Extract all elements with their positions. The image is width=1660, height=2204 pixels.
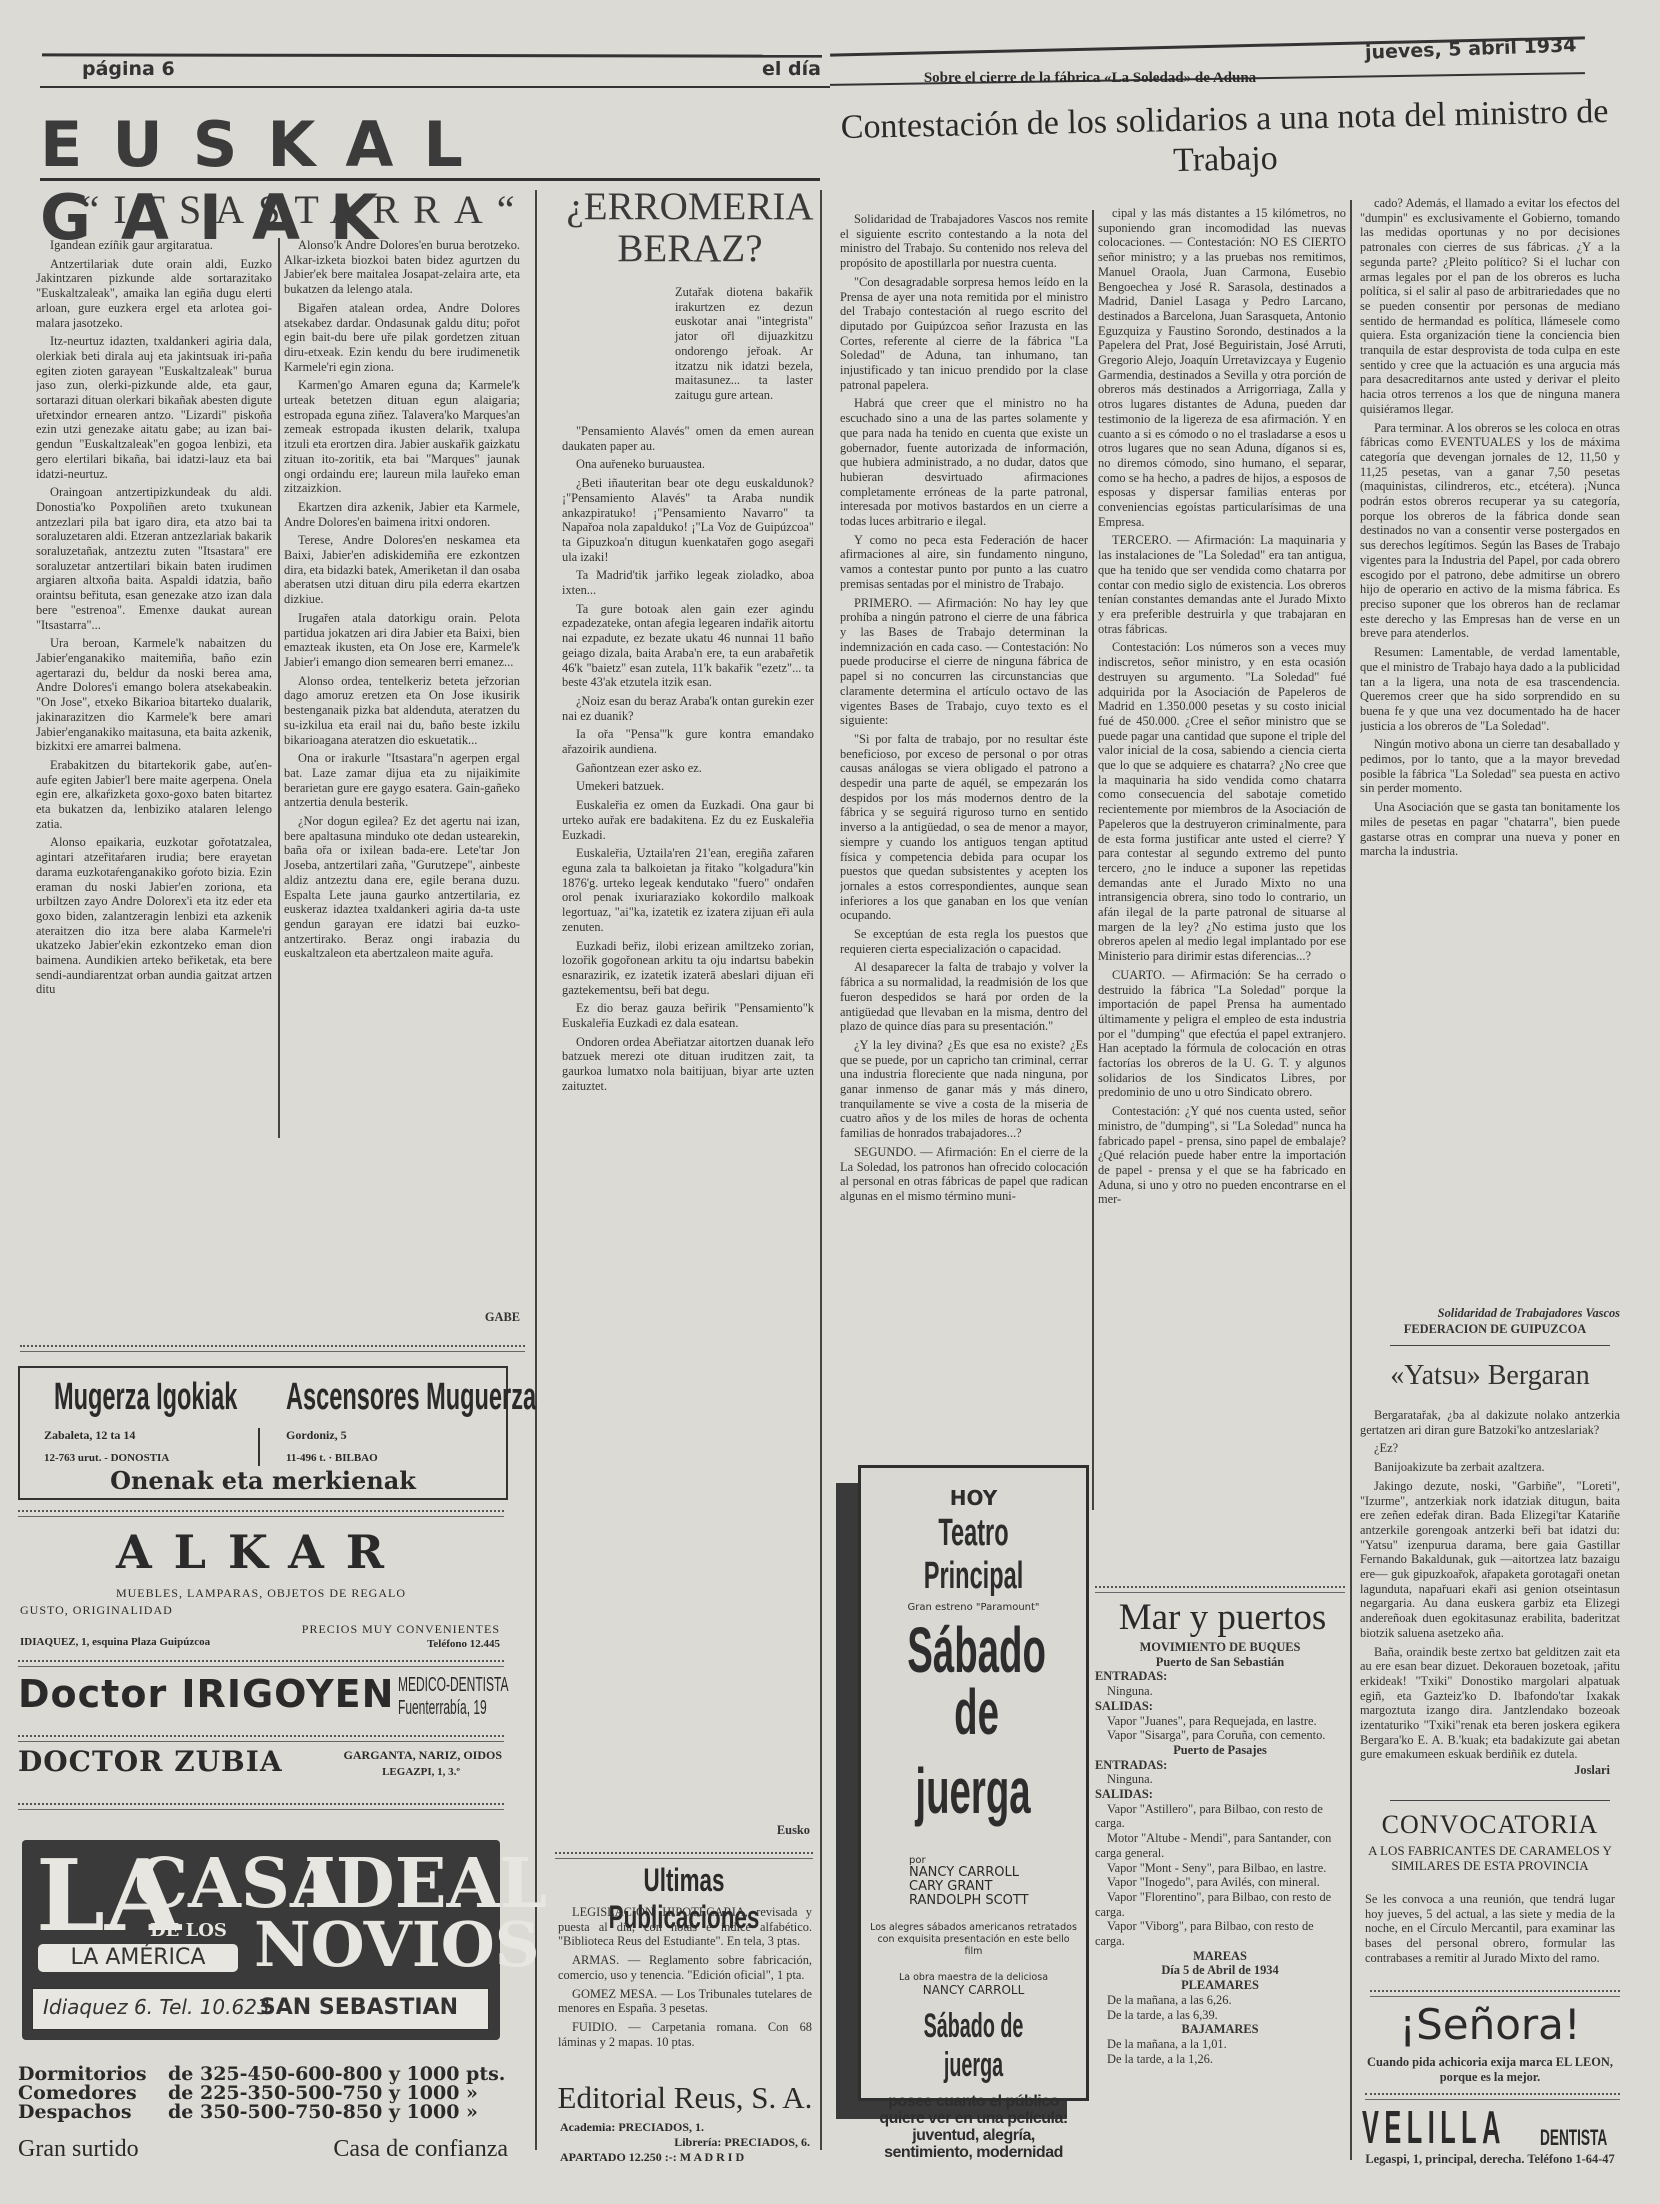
page-number: página 6	[82, 58, 175, 80]
paragraph: Ez dio beraz gauza beřirik "Pensamiento"…	[562, 1001, 814, 1030]
yatsu-signature: Joslari	[1500, 1763, 1610, 1778]
paragraph: Ta Madrid'tik jarřiko legeak zioladko, a…	[562, 568, 814, 597]
teatro-estreno: Gran estreno "Paramount"	[861, 1602, 1086, 1613]
teatro-hoy: HOY	[861, 1486, 1086, 1510]
mugerza-slogan: Onenak eta merkienak	[20, 1466, 506, 1495]
paragraph: SEGUNDO. — Afirmación: En el cierre de l…	[840, 1145, 1088, 1204]
paragraph: Euzkadi beřiz, ilobi erizean amiltzeko z…	[562, 939, 814, 998]
paragraph: "Si por falta de trabajo, por no resulta…	[840, 732, 1088, 923]
ornament-rule	[18, 1803, 504, 1810]
publisher-academia: Academia: PRECIADOS, 1.	[560, 2120, 810, 2135]
teatro-tagline: posee cuanto el público quiere ver en un…	[871, 2093, 1076, 2161]
teatro-star: NANCY CARROLL	[861, 1983, 1086, 1997]
mar-heading: Puerto de Pasajes	[1095, 1743, 1345, 1758]
paragraph: ¿Nor dogun egilea? Ez det agertu nai iza…	[284, 814, 520, 961]
paragraph: Erabakitzen du bitartekorik gabe, auťen-…	[36, 758, 272, 832]
yatsu-title: «Yatsu» Bergaran	[1360, 1360, 1620, 1392]
senora-text: Cuando pida achicoria exija marca EL LEO…	[1365, 2055, 1615, 2084]
paper-name: el día	[762, 58, 821, 80]
paragraph: Ekartzen dira azkenik, Jabier eta Karmel…	[284, 500, 520, 529]
ornament-rule	[1370, 1990, 1620, 1997]
mar-entry: Vapor "Inogedo", para Avilés, con minera…	[1095, 1875, 1345, 1890]
mar-entry: Ninguna.	[1095, 1772, 1345, 1787]
paragraph: Oraingoan antzertipizkundeak du aldi. Do…	[36, 485, 272, 632]
paragraph: Baña, oraindik beste zertxo bat gelditze…	[1360, 1645, 1620, 1763]
mar-heading: MAREAS	[1095, 1949, 1345, 1964]
paragraph: Habrá que creer que el ministro no ha es…	[840, 396, 1088, 528]
velilla-specialty-wrap: DENTISTA	[1540, 2125, 1648, 2151]
mar-heading: Día 5 de Abril de 1934	[1095, 1963, 1345, 1978]
ornament-rule	[1095, 1586, 1345, 1593]
teatro-obra: La obra maestra de la deliciosa	[861, 1972, 1086, 1983]
paragraph: Resumen: Lamentable, de verdad lamentabl…	[1360, 645, 1620, 733]
paragraph: Ona or irakurle "Itsastara"n agerpen erg…	[284, 751, 520, 810]
mar-entry: Vapor "Mont - Seny", para Bilbao, en las…	[1095, 1861, 1345, 1876]
paragraph: Solidaridad de Trabajadores Vascos nos r…	[840, 212, 1088, 271]
alkar-tagline: GUSTO, ORIGINALIDAD	[20, 1603, 173, 1618]
alkar-prices: PRECIOS MUY CONVENIENTES	[20, 1622, 500, 1637]
casa-footer-left: Gran surtido	[18, 2136, 139, 2163]
paragraph: Y como no peca esta Federación de hacer …	[840, 533, 1088, 592]
mugerza-left-title: Mugerza Igokiak	[54, 1376, 237, 1419]
column-divider	[820, 190, 822, 2150]
teatro-blurb: Los alegres sábados americanos retratado…	[869, 1922, 1078, 1958]
cast-member: RANDOLPH SCOTT	[909, 1894, 1086, 1908]
casa-novios: NOVIOS	[254, 1914, 539, 1976]
alkar-phone: Teléfono 12.445	[20, 1638, 500, 1650]
mugerza-right-title: Ascensores Muguerza	[286, 1376, 536, 1419]
casa-address-bar: Idiaquez 6. Tel. 10.623 SAN SEBASTIAN	[32, 1988, 489, 2030]
article-headline: Contestación de los solidarios a una not…	[829, 92, 1621, 189]
mar-heading: BAJAMARES	[1095, 2022, 1345, 2037]
zubia-specialty: GARGANTA, NARIZ, OIDOS	[300, 1748, 502, 1763]
paragraph: TERCERO. — Afirmación: La maquinaria y l…	[1098, 533, 1346, 636]
mar-entry: Ninguna.	[1095, 1684, 1345, 1699]
masthead-rule-bottom	[40, 86, 830, 88]
mar-heading: Puerto de San Sebastián	[1095, 1655, 1345, 1670]
publication-item: GOMEZ MESA. — Los Tribunales tutelares d…	[558, 1987, 812, 2016]
issue-date: jueves, 5 abril 1934	[1365, 34, 1577, 63]
mugerza-divider	[258, 1428, 260, 1466]
irigoyen-name: Doctor IRIGOYEN	[18, 1672, 394, 1716]
mar-entry: Motor "Altube - Mendi", para Santander, …	[1095, 1831, 1345, 1860]
paragraph: Alonso epaikaria, euzkotar gořotatzalea,…	[36, 835, 272, 997]
paragraph: ¿Ez?	[1360, 1441, 1620, 1456]
paragraph: PRIMERO. — Afirmación: No hay ley que pr…	[840, 596, 1088, 728]
ornament-rule	[1390, 1345, 1610, 1346]
publisher-libreria: Librería: PRECIADOS, 6.	[560, 2135, 810, 2150]
casa-footer-right: Casa de confianza	[250, 2136, 508, 2163]
convocatoria-title: CONVOCATORIA	[1360, 1810, 1620, 1840]
casa-price-list: Dormitoriosde 325-450-600-800 y 1000 pts…	[18, 2065, 508, 2122]
mar-label: SALIDAS:	[1095, 1787, 1345, 1802]
paragraph: Ondoren ordea Abeřiatzar aitortzen duana…	[562, 1035, 814, 1094]
paragraph: Al desaparecer la falta de trabajo y vol…	[840, 960, 1088, 1034]
publication-item: LEGISLACION HIPOTECARIA, revisada y pues…	[558, 1905, 812, 1949]
erromeria-body: "Pensamiento Alavés" omen da emen aurean…	[562, 424, 814, 1809]
article-signature-org: Solidaridad de Trabajadores Vascos	[1370, 1306, 1620, 1321]
paragraph: Contestación: Los números son a veces mu…	[1098, 640, 1346, 963]
paragraph: ¿Beti iñauteritan bear ote degu euskaldu…	[562, 476, 814, 564]
cast-member: CARY GRANT	[909, 1880, 1086, 1894]
publisher-name: Editorial Reus, S. A.	[555, 2080, 815, 2116]
publicaciones-list: LEGISLACION HIPOTECARIA, revisada y pues…	[558, 1905, 812, 2053]
casa-city: SAN SEBASTIAN	[260, 1995, 458, 2020]
paragraph: Banijoakizute ba zerbait azaltzera.	[1360, 1460, 1620, 1475]
paragraph: cado? Además, el llamado a evitar los ef…	[1360, 196, 1620, 417]
paragraph: Ura beroan, Karmele'k nabaitzen du Jabie…	[36, 636, 272, 754]
paragraph: Umekeri batzuek.	[562, 779, 814, 794]
paragraph: Ningún motivo abona un cierre tan desaba…	[1360, 737, 1620, 796]
paragraph: ¿Noiz esan du beraz Araba'k ontan gureki…	[562, 694, 814, 723]
zubia-name: DOCTOR ZUBIA	[18, 1745, 283, 1778]
paragraph: Igandean ezíñik gaur argitaratua.	[36, 238, 272, 253]
erromeria-signature: Eusko	[700, 1823, 810, 1838]
ornament-rule	[18, 1735, 504, 1742]
cast-member: NANCY CARROLL	[909, 1866, 1086, 1880]
mar-entry: Vapor "Juanes", para Requejada, en lastr…	[1095, 1714, 1345, 1729]
ornament-rule	[1390, 1800, 1610, 1801]
mar-label: ENTRADAS:	[1095, 1758, 1345, 1773]
column-divider	[1092, 210, 1094, 1510]
column-divider	[278, 238, 280, 1138]
paragraph: Una Asociación que se gasta tan bonitame…	[1360, 800, 1620, 859]
mar-entry: De la mañana, a las 6,26.	[1095, 1993, 1345, 2008]
mar-entry: Vapor "Astillero", para Bilbao, con rest…	[1095, 1802, 1345, 1831]
article-column-2: cipal y las más distantes a 15 kilómetro…	[1098, 206, 1346, 1546]
mar-entry: Vapor "Viborg", para Bilbao, con resto d…	[1095, 1919, 1345, 1948]
paragraph: Itz-neurtuz idazten, txaldankeri agiria …	[36, 334, 272, 481]
teatro-ad: HOY Teatro Principal Gran estreno "Param…	[858, 1465, 1089, 2101]
article-signature-federation: FEDERACION DE GUIPUZCOA	[1370, 1322, 1620, 1337]
mar-entry: Vapor "Sisarga", para Coruña, con cement…	[1095, 1728, 1345, 1743]
itsastarra-column-1: Igandean ezíñik gaur argitaratua.Antzert…	[36, 238, 272, 1138]
mugerza-ad: Mugerza Igokiak Ascensores Muguerza Zaba…	[18, 1366, 508, 1500]
paragraph: CUARTO. — Afirmación: Se ha cerrado o de…	[1098, 968, 1346, 1100]
irigoyen-address: Fuenterrabía, 19	[398, 1697, 487, 1720]
mugerza-left-tel: 12-763 urut. - DONOSTIA	[44, 1452, 169, 1464]
irigoyen-specialty: MEDICO-DENTISTA	[398, 1674, 508, 1697]
casa-america: LA AMÉRICA	[38, 1944, 238, 1972]
paragraph: cipal y las más distantes a 15 kilómetro…	[1098, 206, 1346, 529]
mar-entry: De la mañana, a la 1,01.	[1095, 2037, 1345, 2052]
film-title-line2: juerga	[916, 1760, 1031, 1822]
price-range: de 350-500-750-850 y 1000 »	[168, 2103, 478, 2122]
alkar-title: ALKAR	[18, 1525, 504, 1579]
section-rule	[40, 178, 820, 181]
mar-entry: Vapor "Florentino", para Bilbao, con res…	[1095, 1890, 1345, 1919]
velilla-specialty: DENTISTA	[1540, 2125, 1607, 2151]
paragraph: Gañontzean ezer asko ez.	[562, 761, 814, 776]
itsastarra-signature: GABE	[420, 1310, 520, 1325]
mugerza-left-addr: Zabaleta, 12 ta 14	[44, 1428, 135, 1443]
film-title-line1: Sábado de	[907, 1619, 1046, 1743]
paragraph: "Con desagradable sorpresa hemos leído e…	[840, 275, 1088, 393]
paragraph: "Pensamiento Alavés" omen da emen aurean…	[562, 424, 814, 453]
paragraph: Bigařen atalean ordea, Andre Dolores ats…	[284, 301, 520, 375]
paragraph: Alonso'k Andre Dolores'en burua berotzek…	[284, 238, 520, 297]
price-item: Despachos	[18, 2103, 168, 2122]
zubia-address: LEGAZPI, 1, 3.º	[300, 1766, 460, 1778]
ornament-rule	[18, 1510, 504, 1517]
column-divider	[1350, 200, 1352, 2160]
publication-item: FUIDIO. — Carpetania romana. Con 68 lámi…	[558, 2020, 812, 2049]
erromeria-intro: Zutařak diotena bakařik irakurtzen ez de…	[675, 285, 813, 403]
teatro-cast: NANCY CARROLLCARY GRANTRANDOLPH SCOTT	[909, 1866, 1086, 1908]
article-column-3: cado? Además, el llamado a evitar los ef…	[1360, 196, 1620, 1271]
paragraph: Ia ořa "Pensa"'k gure kontra emandako ař…	[562, 727, 814, 756]
paragraph: Karmen'go Amaren eguna da; Karmele'k urt…	[284, 378, 520, 496]
convocatoria-text: Se les convoca a una reunión, que tendrá…	[1365, 1892, 1615, 1966]
ornament-rule	[1365, 2093, 1620, 2100]
price-row: Despachosde 350-500-750-850 y 1000 »	[18, 2103, 508, 2122]
mar-entry: De la tarde, a las 6,39.	[1095, 2008, 1345, 2023]
paragraph: Jakingo dezute, noski, "Garbiñe", "Loret…	[1360, 1479, 1620, 1641]
paragraph: Contestación: ¿Y qué nos cuenta usted, s…	[1098, 1104, 1346, 1207]
paragraph: Euskaleřia, Uztaila'ren 21'ean, eregiña …	[562, 846, 814, 934]
ornament-rule	[20, 1345, 525, 1352]
paragraph: Ta gure botoak alen gain ezer agindu ezp…	[562, 602, 814, 690]
itsastarra-title: “ITSASTARRA“	[60, 186, 550, 233]
publication-item: ARMAS. — Reglamento sobre fabricación, c…	[558, 1953, 812, 1982]
velilla-name: VELILLA	[1362, 2100, 1506, 2154]
casa-address: Idiaquez 6. Tel. 10.623	[43, 1995, 270, 2019]
mar-label: SALIDAS:	[1095, 1699, 1345, 1714]
paragraph: Para terminar. A los obreros se les colo…	[1360, 421, 1620, 642]
mugerza-right-tel: 11-496 t. · BILBAO	[286, 1452, 378, 1464]
paragraph: Ona auřeneko buruaustea.	[562, 457, 814, 472]
alkar-products: MUEBLES, LAMPARAS, OBJETOS DE REGALO	[18, 1586, 504, 1601]
paragraph: Irugařen atala datorkigu orain. Pelota p…	[284, 611, 520, 670]
mugerza-right-addr: Gordoniz, 5	[286, 1428, 347, 1443]
mar-body: MOVIMIENTO DE BUQUESPuerto de San Sebast…	[1095, 1640, 1345, 2066]
ornament-rule	[18, 1660, 504, 1667]
article-column-1: Solidaridad de Trabajadores Vascos nos r…	[840, 212, 1088, 1457]
yatsu-body: Bergaratařak, ¿ba al dakizute nolako ant…	[1360, 1408, 1620, 1763]
mar-entry: De la tarde, a la 1,26.	[1095, 2052, 1345, 2067]
erromeria-title: ¿ERROMERIA BERAZ?	[560, 186, 820, 270]
paragraph: Se exceptúan de esta regla los puestos q…	[840, 927, 1088, 956]
teatro-venue: Teatro Principal	[904, 1512, 1044, 1598]
paragraph: Terese, Andre Dolores'en neskamea eta Ba…	[284, 533, 520, 607]
paragraph: Bergaratařak, ¿ba al dakizute nolako ant…	[1360, 1408, 1620, 1437]
casa-delos: DE LOS	[150, 1920, 227, 1941]
newspaper-page: página 6 el día jueves, 5 abril 1934 EUS…	[0, 0, 1660, 2204]
convocatoria-subtitle: A LOS FABRICANTES DE CARAMELOS Y SIMILAR…	[1365, 1843, 1615, 1873]
velilla-address: Legaspi, 1, principal, derecha. Teléfono…	[1365, 2152, 1615, 2167]
itsastarra-column-2: Alonso'k Andre Dolores'en burua berotzek…	[284, 238, 520, 1128]
article-kicker: Sobre el cierre de la fábrica «La Soleda…	[830, 70, 1350, 87]
paragraph: Euskaleřia ez omen da Euzkadi. Ona gaur …	[562, 798, 814, 842]
publisher-apartado: APARTADO 12.250 :-: M A D R I D	[560, 2150, 810, 2165]
mar-heading: MOVIMIENTO DE BUQUES	[1095, 1640, 1345, 1655]
paragraph: Antzertilariak dute orain aldi, Euzko Ja…	[36, 257, 272, 331]
mar-heading: PLEAMARES	[1095, 1978, 1345, 1993]
paragraph: Alonso ordea, tentelkeriz beteta jeřzori…	[284, 674, 520, 748]
ornament-rule	[555, 1852, 813, 1859]
casa-ideal-ad: LA CASA IDEAL DE LOS LA AMÉRICA NOVIOS I…	[22, 1840, 500, 2040]
senora-title: ¡Señora!	[1360, 2000, 1620, 2049]
film-title-small: Sábado de juerga	[908, 2007, 1039, 2085]
paragraph: ¿Y la ley divina? ¿Es que esa no existe?…	[840, 1038, 1088, 1141]
mar-label: ENTRADAS:	[1095, 1669, 1345, 1684]
mar-title: Mar y puertos	[1095, 1596, 1350, 1639]
